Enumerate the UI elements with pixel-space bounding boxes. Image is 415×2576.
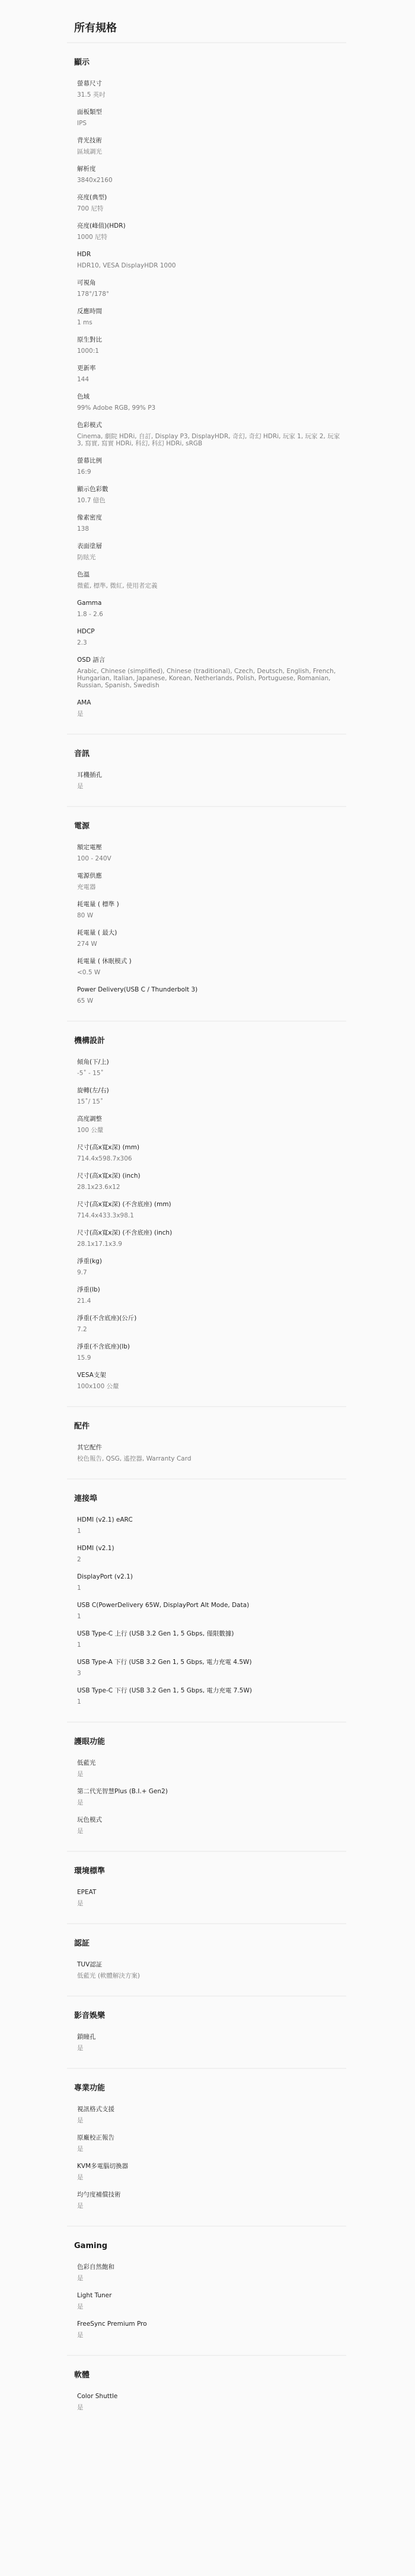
spec-value: 28.1x23.6x12 — [77, 1184, 344, 1191]
spec-label: 亮度(典型) — [77, 193, 346, 202]
spec-section: 軟體Color Shuttle是 — [67, 2356, 346, 2427]
spec-label: VESA支架 — [77, 1371, 346, 1380]
spec-item: 額定電壓100 - 240V — [77, 840, 346, 869]
spec-item: 解析度3840x2160 — [77, 162, 346, 190]
section-heading: 配件 — [74, 1421, 346, 1432]
spec-value: 700 尼特 — [77, 205, 344, 212]
spec-label: 額定電壓 — [77, 843, 346, 852]
spec-item: 淨重(不含底座)(公斤)7.2 — [77, 1311, 346, 1340]
spec-label: 顯示色彩數 — [77, 485, 346, 494]
spec-item: 色彩自然飽和是 — [77, 2260, 346, 2288]
spec-value: 1 — [77, 1641, 344, 1649]
spec-section: 配件其它配件校色報告, QSG, 遙控器, Warranty Card — [67, 1407, 346, 1480]
spec-value: 178°/178° — [77, 291, 344, 298]
spec-value: HDR10, VESA DisplayHDR 1000 — [77, 262, 344, 269]
spec-label: 像素密度 — [77, 514, 346, 522]
spec-value: 2.3 — [77, 639, 344, 646]
spec-item: 可視角178°/178° — [77, 276, 346, 304]
section-heading: 顯示 — [74, 58, 346, 68]
spec-label: 低藍光 — [77, 1759, 346, 1768]
spec-label: USB Type-A 下行 (USB 3.2 Gen 1, 5 Gbps, 電力… — [77, 1658, 346, 1667]
spec-section: 電源額定電壓100 - 240V電源供應充電器耗電量 ( 標準 )80 W耗電量… — [67, 807, 346, 1022]
spec-value: 15.9 — [77, 1354, 344, 1362]
spec-label: 色彩自然飽和 — [77, 2263, 346, 2272]
spec-label: HDCP — [77, 627, 346, 636]
spec-value: Arabic, Chinese (simplified), Chinese (t… — [77, 668, 344, 689]
spec-item: 玩色模式是 — [77, 1813, 346, 1841]
spec-label: USB Type-C 上行 (USB 3.2 Gen 1, 5 Gbps, 僅限… — [77, 1630, 346, 1638]
spec-value: -5˚ - 15˚ — [77, 1070, 344, 1077]
spec-item: 淨重(lb)21.4 — [77, 1283, 346, 1311]
spec-value: IPS — [77, 120, 344, 127]
spec-section: Gaming色彩自然飽和是Light Tuner是FreeSync Premiu… — [67, 2227, 346, 2356]
spec-label: 玩色模式 — [77, 1816, 346, 1825]
spec-section: 顯示螢幕尺寸31.5 英吋面板類型IPS背光技術區域調光解析度3840x2160… — [67, 43, 346, 735]
spec-item: KVM多電腦切換器是 — [77, 2159, 346, 2188]
spec-value: 100 - 240V — [77, 855, 344, 862]
spec-item: EPEAT是 — [77, 1885, 346, 1914]
spec-value: 80 W — [77, 912, 344, 919]
spec-item: 旋轉(左/右)15˚/ 15˚ — [77, 1083, 346, 1112]
spec-label: 耗電量 ( 休眠模式 ) — [77, 957, 346, 966]
spec-label: 淨重(不含底座)(lb) — [77, 1343, 346, 1351]
spec-label: 鎖瞳孔 — [77, 2033, 346, 2042]
spec-item: 淨重(不含底座)(lb)15.9 — [77, 1340, 346, 1368]
spec-label: 淨重(kg) — [77, 1257, 346, 1266]
spec-item: OSD 語言Arabic, Chinese (simplified), Chin… — [77, 653, 346, 696]
spec-label: AMA — [77, 699, 346, 707]
spec-value: 是 — [77, 1828, 344, 1835]
spec-item: 顯示色彩數10.7 億色 — [77, 482, 346, 511]
spec-item: USB Type-C 上行 (USB 3.2 Gen 1, 5 Gbps, 僅限… — [77, 1627, 346, 1655]
spec-item: 背光技術區域調光 — [77, 133, 346, 162]
section-heading: 機構設計 — [74, 1036, 346, 1047]
spec-item: HDMI (v2.1) eARC1 — [77, 1513, 346, 1541]
spec-label: 尺寸(高x寬x深) (mm) — [77, 1143, 346, 1152]
spec-item: 色彩模式Cinema, 劇院 HDRi, 自訂, Display P3, Dis… — [77, 418, 346, 454]
spec-value: 144 — [77, 376, 344, 383]
spec-value: 3840x2160 — [77, 177, 344, 184]
spec-label: OSD 語言 — [77, 656, 346, 665]
spec-label: 高度調整 — [77, 1115, 346, 1124]
spec-label: 亮度(峰值)(HDR) — [77, 222, 346, 231]
spec-value: 是 — [77, 710, 344, 718]
section-heading: 護眼功能 — [74, 1737, 346, 1748]
spec-item: 原廠校正報告是 — [77, 2131, 346, 2159]
spec-label: Color Shuttle — [77, 2392, 346, 2401]
section-heading: 影音娛樂 — [74, 2011, 346, 2022]
spec-value: 是 — [77, 783, 344, 790]
spec-value: 是 — [77, 2045, 344, 2052]
spec-value: 1 — [77, 1613, 344, 1620]
spec-value: 100 公釐 — [77, 1127, 344, 1134]
spec-label: EPEAT — [77, 1888, 346, 1897]
spec-label: 解析度 — [77, 165, 346, 174]
spec-label: 色溫 — [77, 570, 346, 579]
spec-item: USB C(PowerDelivery 65W, DisplayPort Alt… — [77, 1598, 346, 1627]
spec-value: 1000 尼特 — [77, 234, 344, 241]
spec-item: 色溫微藍, 標準, 微紅, 使用者定義 — [77, 568, 346, 596]
spec-value: 1.8 - 2.6 — [77, 611, 344, 618]
specs-page: 所有規格 顯示螢幕尺寸31.5 英吋面板類型IPS背光技術區域調光解析度3840… — [67, 0, 346, 2463]
spec-value: 10.7 億色 — [77, 497, 344, 504]
spec-item: 更新率144 — [77, 361, 346, 390]
spec-value: 是 — [77, 2174, 344, 2181]
spec-label: FreeSync Premium Pro — [77, 2320, 346, 2329]
spec-value: 31.5 英吋 — [77, 91, 344, 98]
spec-section: 環境標準EPEAT是 — [67, 1852, 346, 1924]
spec-item: 均勻度補償技術是 — [77, 2188, 346, 2216]
spec-section: 機構設計傾角(下/上)-5˚ - 15˚旋轉(左/右)15˚/ 15˚高度調整1… — [67, 1022, 346, 1407]
spec-label: 淨重(lb) — [77, 1286, 346, 1295]
spec-label: 視訊格式支援 — [77, 2105, 346, 2114]
spec-value: 是 — [77, 1799, 344, 1806]
spec-value: 138 — [77, 525, 344, 533]
spec-item: 表面塗層防眩光 — [77, 539, 346, 568]
spec-label: 可視角 — [77, 279, 346, 288]
spec-value: 是 — [77, 2404, 344, 2411]
spec-label: 原廠校正報告 — [77, 2134, 346, 2143]
spec-item: 第二代光智慧Plus (B.I.+ Gen2)是 — [77, 1784, 346, 1813]
spec-item: 亮度(典型)700 尼特 — [77, 190, 346, 219]
spec-label: 耗電量 ( 最大) — [77, 929, 346, 938]
spec-value: 15˚/ 15˚ — [77, 1098, 344, 1105]
spec-label: 其它配件 — [77, 1443, 346, 1452]
spec-item: 淨重(kg)9.7 — [77, 1254, 346, 1283]
section-heading: 認証 — [74, 1939, 346, 1949]
spec-item: 反應時間1 ms — [77, 304, 346, 333]
spec-item: HDRHDR10, VESA DisplayHDR 1000 — [77, 247, 346, 276]
spec-value: 校色報告, QSG, 遙控器, Warranty Card — [77, 1455, 344, 1462]
spec-item: 尺寸(高x寬x深) (不含底座) (mm)714.4x433.3x98.1 — [77, 1197, 346, 1226]
spec-section: 專業功能視訊格式支援是原廠校正報告是KVM多電腦切換器是均勻度補償技術是 — [67, 2069, 346, 2227]
spec-value: 714.4x433.3x98.1 — [77, 1212, 344, 1219]
spec-item: AMA是 — [77, 696, 346, 724]
spec-value: 1 — [77, 1698, 344, 1705]
spec-label: 均勻度補償技術 — [77, 2191, 346, 2199]
page-title: 所有規格 — [74, 21, 346, 36]
spec-value: 3 — [77, 1670, 344, 1677]
spec-item: USB Type-C 下行 (USB 3.2 Gen 1, 5 Gbps, 電力… — [77, 1684, 346, 1712]
section-heading: Gaming — [74, 2241, 346, 2252]
spec-value: 7.2 — [77, 1326, 344, 1333]
spec-value: 16:9 — [77, 468, 344, 476]
spec-item: 耗電量 ( 休眠模式 )<0.5 W — [77, 954, 346, 983]
spec-label: 色域 — [77, 393, 346, 401]
spec-sections: 顯示螢幕尺寸31.5 英吋面板類型IPS背光技術區域調光解析度3840x2160… — [67, 43, 346, 2427]
spec-label: HDMI (v2.1) — [77, 1544, 346, 1553]
spec-value: 是 — [77, 2202, 344, 2210]
spec-value: 區域調光 — [77, 148, 344, 155]
spec-value: 9.7 — [77, 1269, 344, 1276]
spec-item: 色域99% Adobe RGB, 99% P3 — [77, 390, 346, 418]
spec-item: FreeSync Premium Pro是 — [77, 2317, 346, 2345]
spec-section: 音訊耳機插孔是 — [67, 735, 346, 807]
spec-label: 背光技術 — [77, 136, 346, 145]
section-heading: 軟體 — [74, 2370, 346, 2381]
spec-item: Gamma1.8 - 2.6 — [77, 596, 346, 624]
spec-label: Power Delivery(USB C / Thunderbolt 3) — [77, 986, 346, 994]
spec-value: 是 — [77, 1771, 344, 1778]
spec-item: 螢幕尺寸31.5 英吋 — [77, 76, 346, 105]
spec-item: 螢幕比例16:9 — [77, 454, 346, 482]
spec-item: 尺寸(高x寬x深) (mm)714.4x598.7x306 — [77, 1140, 346, 1169]
spec-item: 面板類型IPS — [77, 105, 346, 133]
spec-label: 原生對比 — [77, 336, 346, 345]
section-heading: 專業功能 — [74, 2083, 346, 2094]
spec-label: 表面塗層 — [77, 542, 346, 551]
spec-item: Power Delivery(USB C / Thunderbolt 3)65 … — [77, 983, 346, 1011]
spec-label: HDR — [77, 250, 346, 259]
spec-value: 1 — [77, 1585, 344, 1592]
spec-item: Light Tuner是 — [77, 2288, 346, 2317]
spec-item: Color Shuttle是 — [77, 2389, 346, 2418]
spec-value: 1000:1 — [77, 347, 344, 355]
spec-label: Light Tuner — [77, 2291, 346, 2300]
spec-item: 耳機插孔是 — [77, 768, 346, 796]
spec-item: HDCP2.3 — [77, 624, 346, 653]
spec-value: 防眩光 — [77, 554, 344, 561]
spec-item: 原生對比1000:1 — [77, 333, 346, 361]
spec-label: 傾角(下/上) — [77, 1058, 346, 1067]
spec-label: 第二代光智慧Plus (B.I.+ Gen2) — [77, 1787, 346, 1796]
spec-label: 螢幕尺寸 — [77, 79, 346, 88]
spec-label: 耗電量 ( 標準 ) — [77, 900, 346, 909]
spec-section: 認証TUV認証低藍光 (軟體解決方案) — [67, 1924, 346, 1997]
spec-label: TUV認証 — [77, 1960, 346, 1969]
spec-item: 耗電量 ( 最大)274 W — [77, 926, 346, 954]
spec-value: 99% Adobe RGB, 99% P3 — [77, 404, 344, 412]
spec-value: Cinema, 劇院 HDRi, 自訂, Display P3, Display… — [77, 433, 344, 447]
spec-value: 微藍, 標準, 微紅, 使用者定義 — [77, 582, 344, 589]
spec-value: 28.1x17.1x3.9 — [77, 1241, 344, 1248]
spec-value: 是 — [77, 2275, 344, 2282]
spec-label: 更新率 — [77, 364, 346, 373]
spec-value: 充電器 — [77, 884, 344, 891]
spec-section: 連接埠HDMI (v2.1) eARC1HDMI (v2.1)2DisplayP… — [67, 1480, 346, 1723]
spec-item: 低藍光是 — [77, 1756, 346, 1784]
section-heading: 音訊 — [74, 749, 346, 760]
spec-item: 亮度(峰值)(HDR)1000 尼特 — [77, 219, 346, 247]
section-heading: 電源 — [74, 821, 346, 832]
spec-label: 反應時間 — [77, 307, 346, 316]
spec-item: DisplayPort (v2.1)1 — [77, 1570, 346, 1598]
spec-value: 是 — [77, 1900, 344, 1907]
spec-item: VESA支架100x100 公釐 — [77, 1368, 346, 1397]
spec-item: TUV認証低藍光 (軟體解決方案) — [77, 1957, 346, 1986]
spec-value: 1 — [77, 1528, 344, 1535]
spec-value: 是 — [77, 2145, 344, 2153]
spec-label: 面板類型 — [77, 108, 346, 117]
spec-item: USB Type-A 下行 (USB 3.2 Gen 1, 5 Gbps, 電力… — [77, 1655, 346, 1684]
spec-label: 尺寸(高x寬x深) (不含底座) (inch) — [77, 1229, 346, 1238]
spec-value: 274 W — [77, 941, 344, 948]
spec-label: USB C(PowerDelivery 65W, DisplayPort Alt… — [77, 1601, 346, 1610]
spec-value: 21.4 — [77, 1297, 344, 1305]
spec-label: 螢幕比例 — [77, 457, 346, 466]
spec-section: 護眼功能低藍光是第二代光智慧Plus (B.I.+ Gen2)是玩色模式是 — [67, 1723, 346, 1852]
spec-value: 低藍光 (軟體解決方案) — [77, 1972, 344, 1979]
spec-label: DisplayPort (v2.1) — [77, 1573, 346, 1582]
spec-item: 其它配件校色報告, QSG, 遙控器, Warranty Card — [77, 1440, 346, 1469]
section-heading: 環境標準 — [74, 1866, 346, 1877]
spec-label: 淨重(不含底座)(公斤) — [77, 1314, 346, 1323]
spec-value: <0.5 W — [77, 969, 344, 976]
spec-label: USB Type-C 下行 (USB 3.2 Gen 1, 5 Gbps, 電力… — [77, 1686, 346, 1695]
spec-value: 是 — [77, 2303, 344, 2310]
spec-label: 尺寸(高x寬x深) (不含底座) (mm) — [77, 1200, 346, 1209]
spec-item: 像素密度138 — [77, 511, 346, 539]
spec-value: 714.4x598.7x306 — [77, 1155, 344, 1162]
spec-label: HDMI (v2.1) eARC — [77, 1516, 346, 1525]
spec-item: 傾角(下/上)-5˚ - 15˚ — [77, 1055, 346, 1083]
spec-label: KVM多電腦切換器 — [77, 2162, 346, 2171]
spec-item: 尺寸(高x寬x深) (不含底座) (inch)28.1x17.1x3.9 — [77, 1226, 346, 1254]
spec-item: 視訊格式支援是 — [77, 2102, 346, 2131]
spec-item: 電源供應充電器 — [77, 869, 346, 897]
spec-section: 影音娛樂鎖瞳孔是 — [67, 1997, 346, 2069]
spec-item: 尺寸(高x寬x深) (inch)28.1x23.6x12 — [77, 1169, 346, 1197]
spec-label: 旋轉(左/右) — [77, 1086, 346, 1095]
spec-item: HDMI (v2.1)2 — [77, 1541, 346, 1570]
spec-item: 高度調整100 公釐 — [77, 1112, 346, 1140]
spec-value: 是 — [77, 2117, 344, 2124]
spec-label: Gamma — [77, 599, 346, 608]
spec-value: 1 ms — [77, 319, 344, 326]
spec-item: 鎖瞳孔是 — [77, 2030, 346, 2058]
spec-value: 65 W — [77, 997, 344, 1005]
spec-label: 耳機插孔 — [77, 771, 346, 780]
spec-value: 2 — [77, 1556, 344, 1563]
section-heading: 連接埠 — [74, 1494, 346, 1504]
spec-value: 100x100 公釐 — [77, 1383, 344, 1390]
spec-value: 是 — [77, 2332, 344, 2339]
spec-item: 耗電量 ( 標準 )80 W — [77, 897, 346, 926]
spec-label: 色彩模式 — [77, 421, 346, 430]
spec-label: 電源供應 — [77, 872, 346, 881]
spec-label: 尺寸(高x寬x深) (inch) — [77, 1172, 346, 1181]
